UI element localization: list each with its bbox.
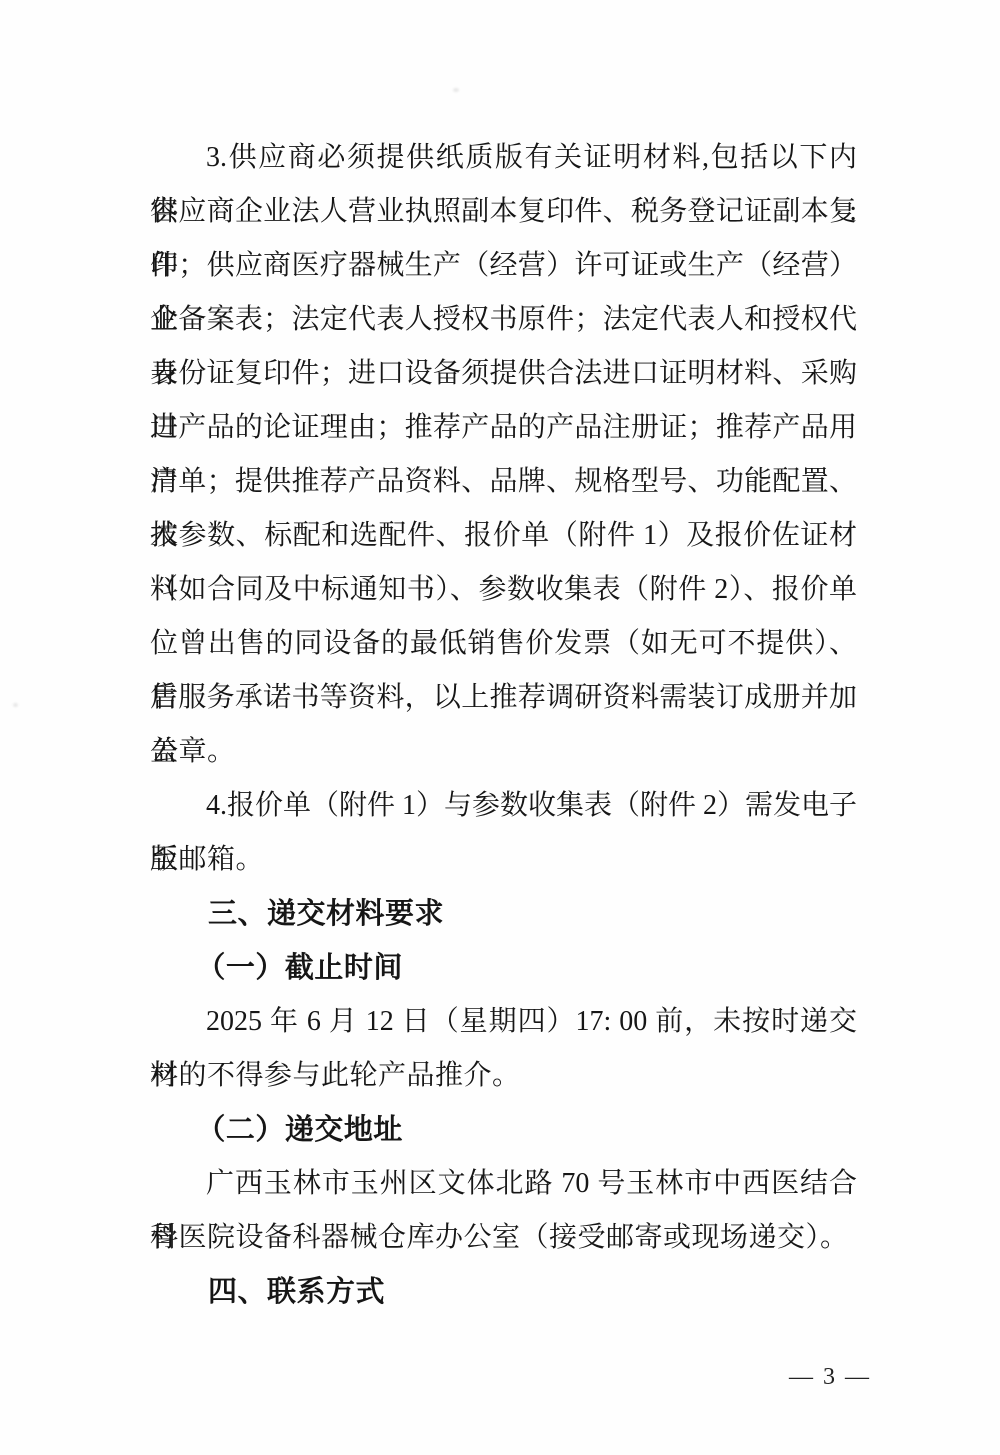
document-line: 位曾出售的同设备的最低销售价发票（如无可不提供）、售	[150, 617, 857, 671]
section-heading: （二）递交地址	[150, 1103, 857, 1157]
document-page: 3.供应商必须提供纸质版有关证明材料,包括以下内容: 供应商企业法人营业执照副本…	[0, 0, 1000, 1455]
document-line: 2025 年 6 月 12 日（星期四）17: 00 前，未按时递交材	[150, 995, 857, 1049]
scan-artifact	[13, 703, 18, 707]
document-line: 术参数、标配和选配件、报价单（附件 1）及报价佐证材料	[150, 509, 857, 563]
document-line: 后服务承诺书等资料，以上推荐调研资料需装订成册并加盖	[150, 671, 857, 725]
document-line: 口产品的论证理由；推荐产品的产品注册证；推荐产品用户	[150, 401, 857, 455]
page-number: — 3 —	[770, 1362, 890, 1392]
section-heading: 四、联系方式	[150, 1265, 857, 1319]
document-line: （如合同及中标通知书）、参数收集表（附件 2）、报价单	[150, 563, 857, 617]
document-line: 料的不得参与此轮产品推介。	[150, 1049, 857, 1103]
scan-artifact	[453, 88, 459, 92]
document-line: 4.报价单（附件 1）与参数收集表（附件 2）需发电子版	[150, 779, 857, 833]
document-line: 3.供应商必须提供纸质版有关证明材料,包括以下内容:	[150, 131, 857, 185]
document-line: 科医院设备科器械仓库办公室（接受邮寄或现场递交）。	[150, 1211, 857, 1265]
document-line: 广西玉林市玉州区文体北路 70 号玉林市中西医结合骨	[150, 1157, 857, 1211]
document-body: 3.供应商必须提供纸质版有关证明材料,包括以下内容: 供应商企业法人营业执照副本…	[150, 131, 857, 1319]
section-heading: 三、递交材料要求	[150, 887, 857, 941]
document-line: 业备案表；法定代表人授权书原件；法定代表人和授权代表	[150, 293, 857, 347]
document-line: 供应商企业法人营业执照副本复印件、税务登记证副本复印	[150, 185, 857, 239]
document-line: 公章。	[150, 725, 857, 779]
document-line: 至邮箱。	[150, 833, 857, 887]
document-line: 件；供应商医疗器械生产（经营）许可证或生产（经营）企	[150, 239, 857, 293]
document-line: 清单；提供推荐产品资料、品牌、规格型号、功能配置、技	[150, 455, 857, 509]
document-line: 身份证复印件；进口设备须提供合法进口证明材料、采购进	[150, 347, 857, 401]
section-heading: （一）截止时间	[150, 941, 857, 995]
